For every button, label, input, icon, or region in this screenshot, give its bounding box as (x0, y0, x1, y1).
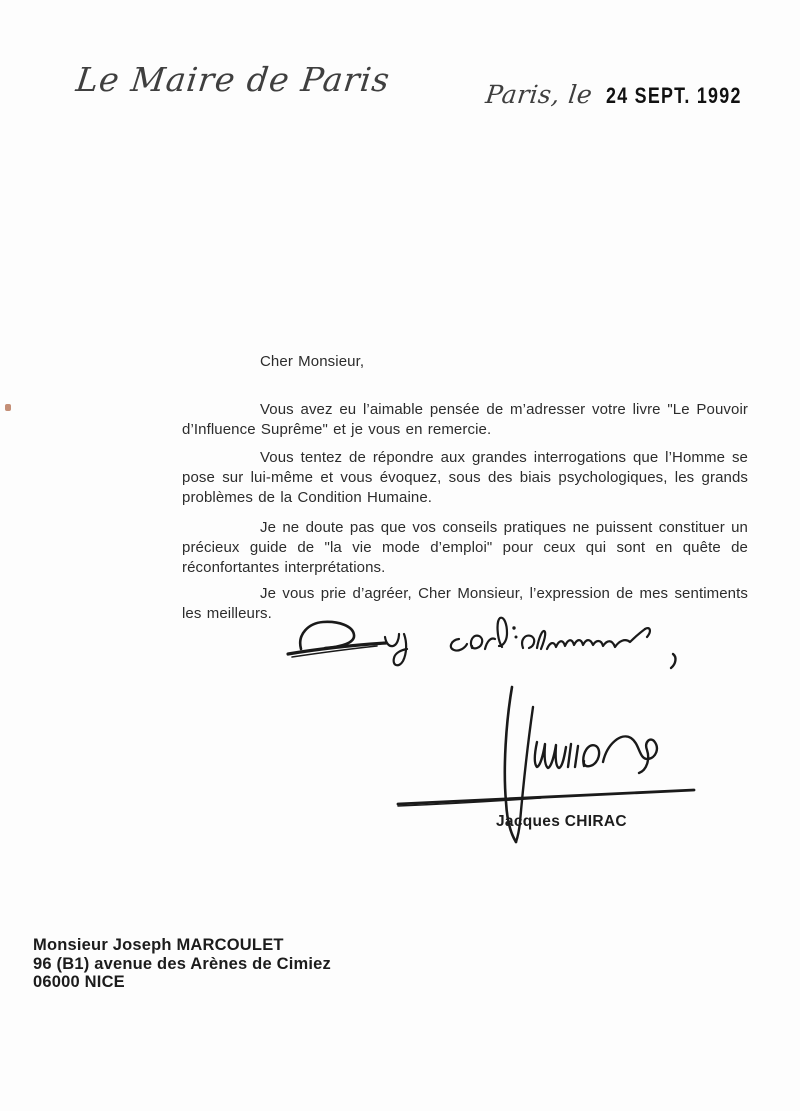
salutation: Cher Monsieur, (182, 352, 748, 372)
recipient-city: 06000 NICE (33, 973, 331, 992)
place-dateline: Paris, le (484, 80, 594, 109)
letter-page: Le Maire de Paris Paris, le 24 SEPT. 199… (0, 0, 800, 1111)
letterhead-sender: Le Maire de Paris (74, 60, 392, 99)
paragraph-2: Vous tentez de répondre aux grandes inte… (182, 448, 748, 508)
signature-underline (398, 790, 694, 804)
handwritten-closing-graphic (283, 610, 688, 676)
recipient-street: 96 (B1) avenue des Arènes de Cimiez (33, 955, 331, 974)
recipient-address: Monsieur Joseph MARCOULET 96 (B1) avenue… (33, 936, 331, 992)
date-stamp: 24 SEPT. 1992 (606, 84, 742, 109)
scan-artifact-speck (5, 404, 11, 411)
paragraph-1: Vous avez eu l’aimable pensée de m’adres… (182, 400, 748, 440)
recipient-name: Monsieur Joseph MARCOULET (33, 936, 331, 955)
signatory-name: Jacques CHIRAC (496, 813, 627, 831)
paragraph-3: Je ne doute pas que vos conseils pratiqu… (182, 518, 748, 578)
